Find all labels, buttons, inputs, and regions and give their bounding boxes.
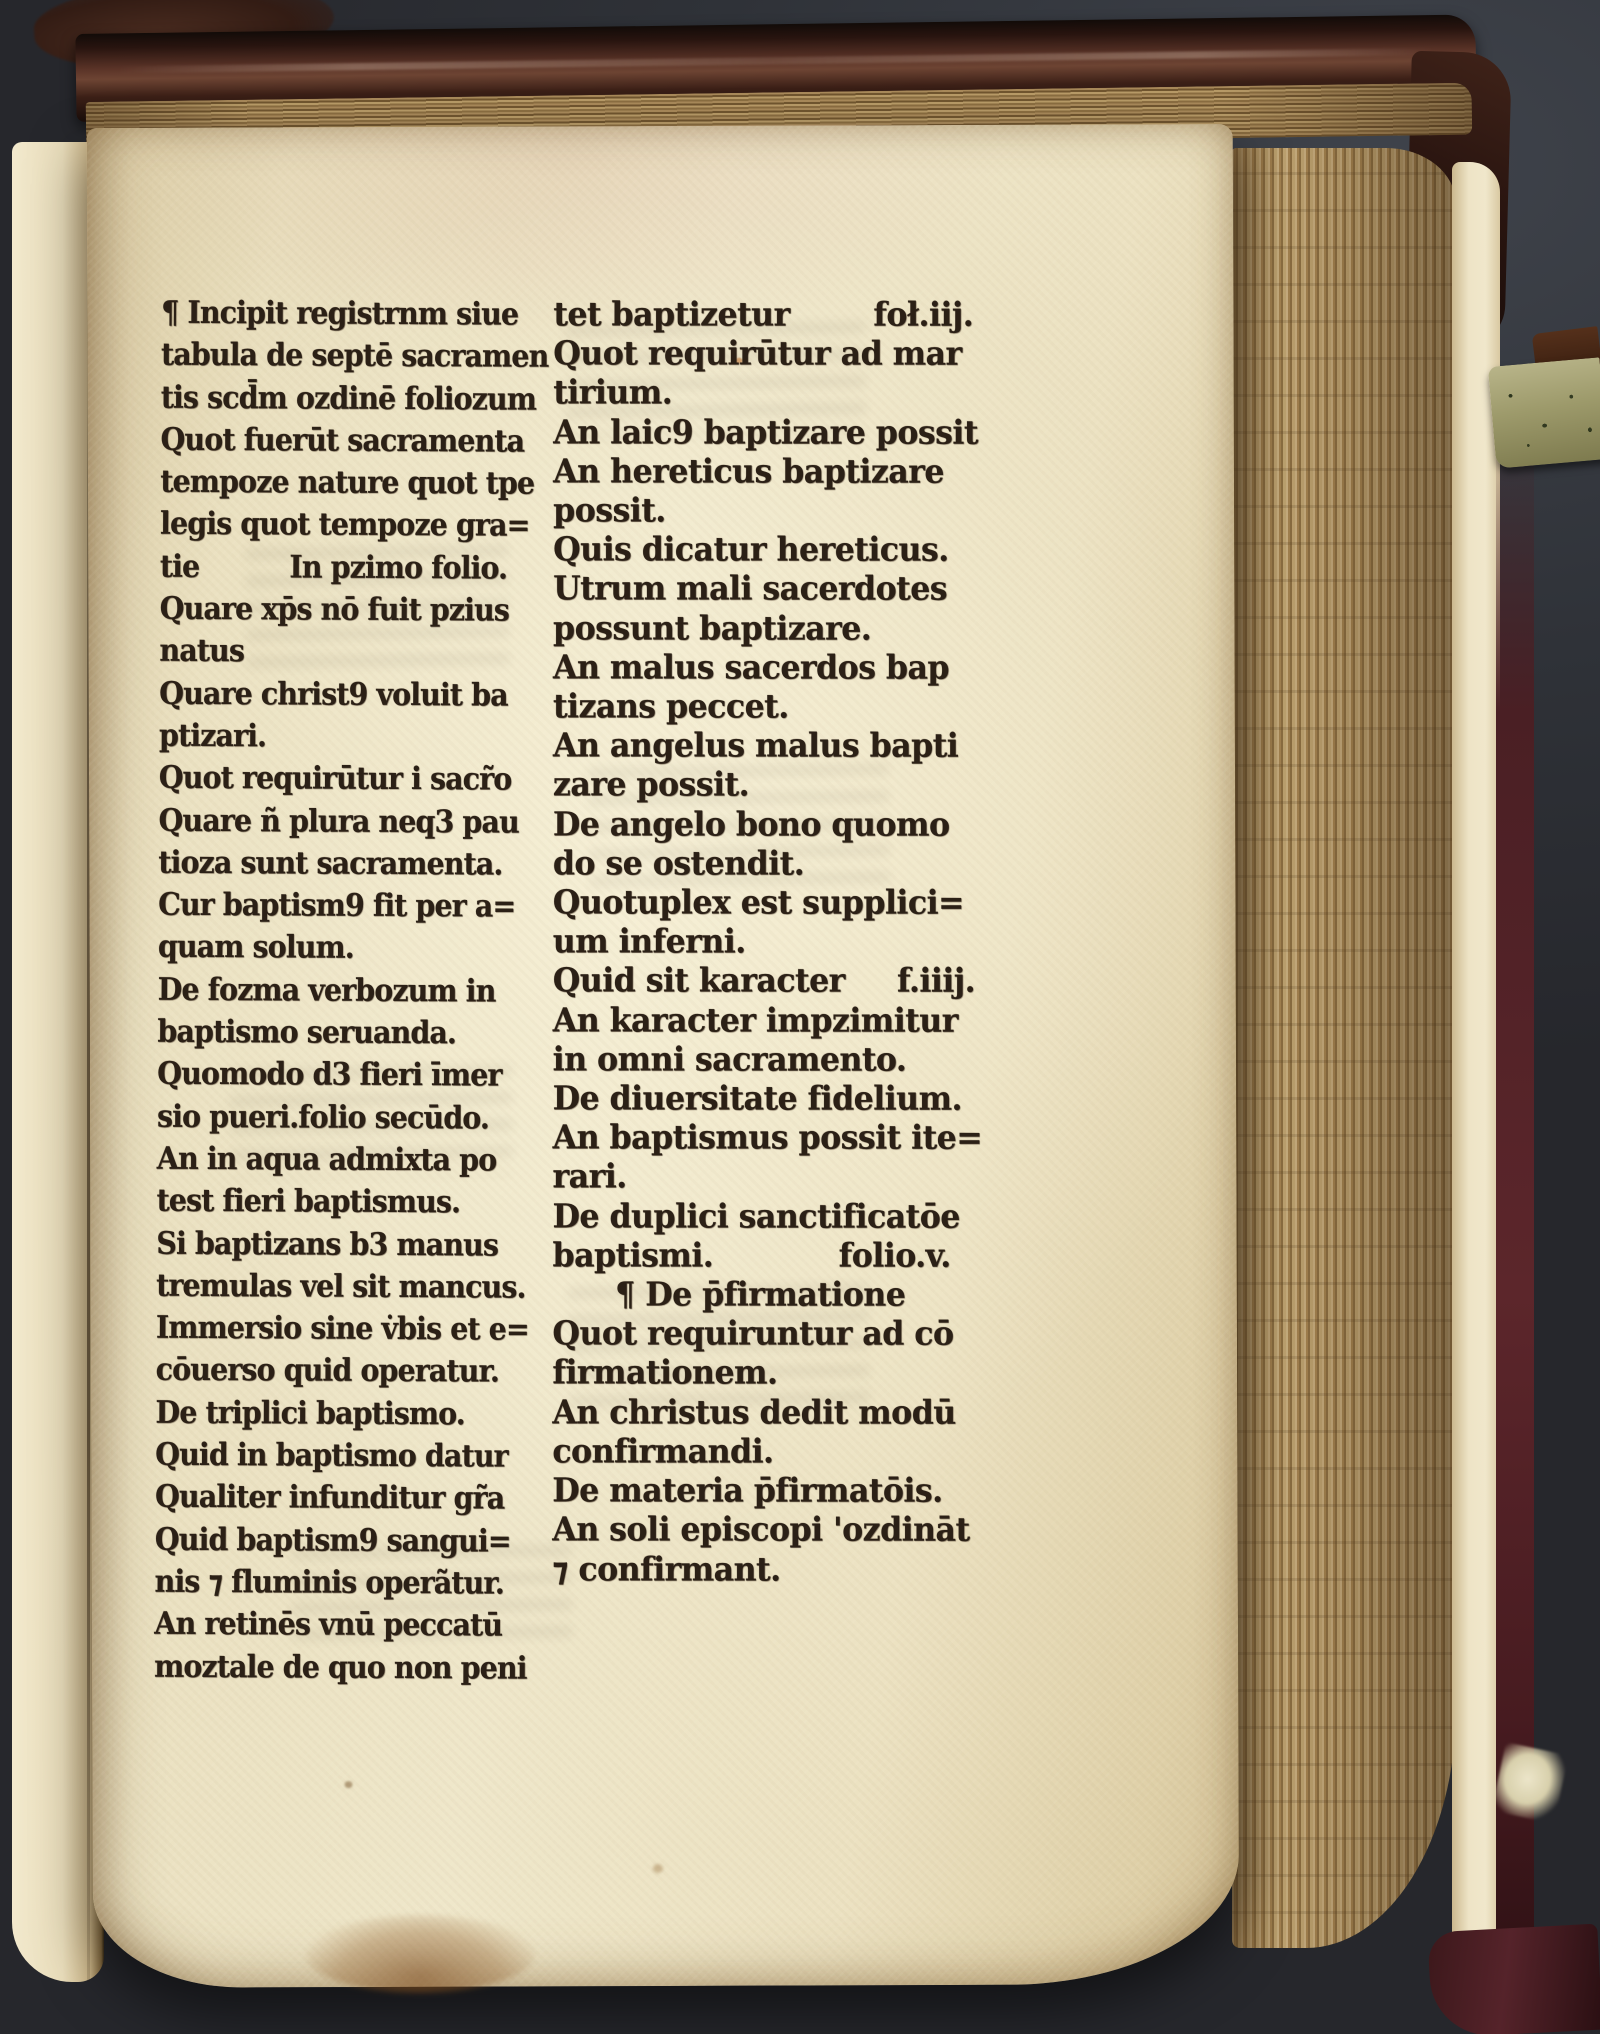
text-line: um inferni. (553, 922, 1014, 962)
text-line: An laic9 baptizare possit (553, 412, 1014, 452)
text-line: Quid baptism9 sangui= (155, 1518, 523, 1562)
text-line: possit. (553, 490, 1014, 530)
text-line: zare possit. (553, 765, 1014, 805)
text-line: An soli episcopi 'ozdināt (552, 1510, 1013, 1550)
text-line: tizans peccet. (553, 686, 1014, 726)
text-line: Quot requiruntur ad cō (552, 1314, 1013, 1354)
text-line: tabula de septē sacramen (161, 334, 529, 378)
text-line: Quis dicatur hereticus. (553, 530, 1014, 570)
text-line: Quid in baptismo datur (155, 1434, 523, 1478)
text-line: Utrum mali sacerdotes (553, 569, 1014, 609)
text-line: tempoze nature quot tpe (160, 461, 528, 505)
text-line: sio pueri.folio secūdo. (157, 1095, 525, 1139)
bottom-edge-stain (305, 1914, 535, 1993)
text-line: cōuerso quid operatur. (156, 1349, 524, 1393)
text-line: tie In pzimo folio. (160, 546, 528, 590)
text-line: natus (159, 630, 527, 674)
text-line: tioza sunt sacramenta. (158, 842, 526, 886)
text-line: nis ⁊ fluminis operãtur. (154, 1561, 522, 1605)
text-line: tis scd̄m ozdinē foliozum (161, 376, 529, 420)
text-line: An angelus malus bapti (553, 726, 1014, 766)
text-line: An christus dedit modū (552, 1392, 1013, 1432)
text-line: ptizari. (159, 715, 527, 759)
text-line: test fieri baptismus. (156, 1180, 524, 1224)
right-text-column: tet baptizetur foł.iij.Quot requirūtur a… (552, 294, 1014, 1588)
text-line: baptismi. folio.v. (552, 1235, 1013, 1275)
frayed-strap-remnant (1491, 1742, 1568, 1824)
text-line: Quotuplex est supplici= (553, 882, 1014, 922)
text-line: rari. (553, 1157, 1014, 1197)
text-line: De fozma verbozum in (158, 968, 526, 1012)
text-line: tirium. (553, 373, 1014, 413)
text-line: confirmandi. (552, 1431, 1013, 1471)
text-line: Quot requirūtur i sacr̃o (159, 757, 527, 801)
text-line: An hereticus baptizare (553, 451, 1014, 491)
text-line: in omni sacramento. (553, 1039, 1014, 1079)
text-line: De materia p̄firmatōis. (552, 1470, 1013, 1510)
photo-background: ¶ Incipit registrnm siuetabula de septē … (0, 0, 1600, 2034)
text-line: Quare xp̄s nō fuit pzius (160, 588, 528, 632)
text-line: moztale de quo non peni (154, 1645, 522, 1689)
text-line: Cur baptism9 fit per a= (158, 884, 526, 928)
text-line: ⁊ confirmant. (552, 1549, 1013, 1589)
text-line: Qualiter infunditur gr̃a (155, 1476, 523, 1520)
text-line: ¶ De p̄firmatione (552, 1274, 1013, 1314)
text-line: De triplici baptismo. (155, 1391, 523, 1435)
text-line: An malus sacerdos bap (553, 647, 1014, 687)
text-line: De angelo bono quomo (553, 804, 1014, 844)
text-line: De duplici sanctificatōe (553, 1196, 1014, 1236)
clasp-strap (1488, 357, 1600, 468)
text-line: An karacter impzimitur (553, 1000, 1014, 1040)
text-line: An retinēs vnū peccatū (154, 1603, 522, 1647)
left-text-column: ¶ Incipit registrnm siuetabula de septē … (154, 292, 529, 1690)
text-line: An in aqua admixta po (157, 1138, 525, 1182)
fore-edge-page-fan (1232, 148, 1456, 1948)
text-line: legis quot tempoze gra= (160, 503, 528, 547)
text-line: Quot fuerūt sacramenta (160, 419, 528, 463)
text-line: ¶ Incipit registrnm siue (161, 292, 529, 336)
flyleaf-edge (1452, 162, 1500, 1990)
text-line: An baptismus possit ite= (553, 1118, 1014, 1158)
book-cover-bottom-right-corner (1427, 1924, 1600, 2034)
text-line: Quomodo d3 fieri īmer (157, 1053, 525, 1097)
text-line: quam solum. (158, 926, 526, 970)
ink-speck (345, 1781, 353, 1788)
text-line: De diuersitate fidelium. (553, 1078, 1014, 1118)
text-line: possunt baptizare. (553, 608, 1014, 648)
text-line: Si baptizans b3 manus (156, 1222, 524, 1266)
ink-speck (653, 1864, 663, 1873)
text-line: tremulas vel sit mancus. (156, 1265, 524, 1309)
book-page: ¶ Incipit registrnm siuetabula de septē … (87, 124, 1239, 1988)
text-line: baptismo seruanda. (157, 1011, 525, 1055)
text-line: tet baptizetur foł.iij. (553, 294, 1014, 334)
text-line: Quot requirūtur ad mar (553, 334, 1014, 374)
text-line: do se ostendit. (553, 843, 1014, 883)
text-line: Immersio sine v̇bis et e= (156, 1307, 524, 1351)
text-line: Quare ñ plura neq3 pau (158, 799, 526, 843)
text-line: Quid sit karacter f.iiij. (553, 961, 1014, 1001)
text-line: Quare christ9 voluit ba (159, 672, 527, 716)
text-line: firmationem. (552, 1353, 1013, 1393)
